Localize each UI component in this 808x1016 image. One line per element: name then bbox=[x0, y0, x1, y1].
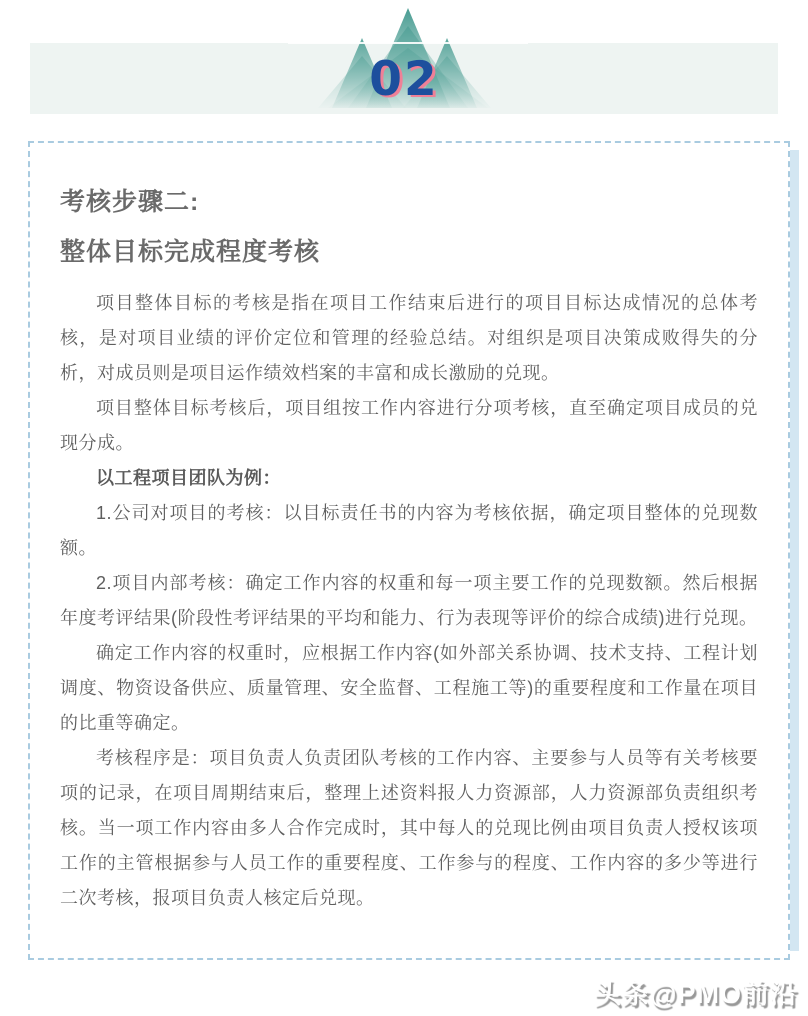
paragraph: 考核程序是：项目负责人负责团队考核的工作内容、主要参与人员等有关考核要项的记录，… bbox=[60, 741, 758, 916]
content-card: 考核步骤二: 整体目标完成程度考核 项目整体目标的考核是指在项目工作结束后进行的… bbox=[28, 141, 790, 960]
paragraph: 确定工作内容的权重时，应根据工作内容(如外部关系协调、技术支持、工程计划调度、物… bbox=[60, 636, 758, 741]
card-title-line2: 整体目标完成程度考核 bbox=[60, 227, 758, 277]
section-number: 02 bbox=[0, 52, 808, 107]
paragraph: 2.项目内部考核：确定工作内容的权重和每一项主要工作的兑现数额。然后根据年度考评… bbox=[60, 566, 758, 636]
paragraph: 项目整体目标的考核是指在项目工作结束后进行的项目目标达成情况的总体考核，是对项目… bbox=[60, 286, 758, 391]
paragraph: 1.公司对项目的考核：以目标责任书的内容为考核依据，确定项目整体的兑现数额。 bbox=[60, 496, 758, 566]
card-title-line1: 考核步骤二: bbox=[60, 177, 758, 227]
paragraph: 项目整体目标考核后，项目组按工作内容进行分项考核，直至确定项目成员的兑现分成。 bbox=[60, 391, 758, 461]
section-header: 02 bbox=[0, 0, 808, 141]
watermark: 头条@PMO前沿 bbox=[594, 972, 798, 1011]
paragraph-subheading: 以工程项目团队为例： bbox=[60, 461, 758, 496]
body-text: 项目整体目标的考核是指在项目工作结束后进行的项目目标达成情况的总体考核，是对项目… bbox=[60, 286, 758, 916]
